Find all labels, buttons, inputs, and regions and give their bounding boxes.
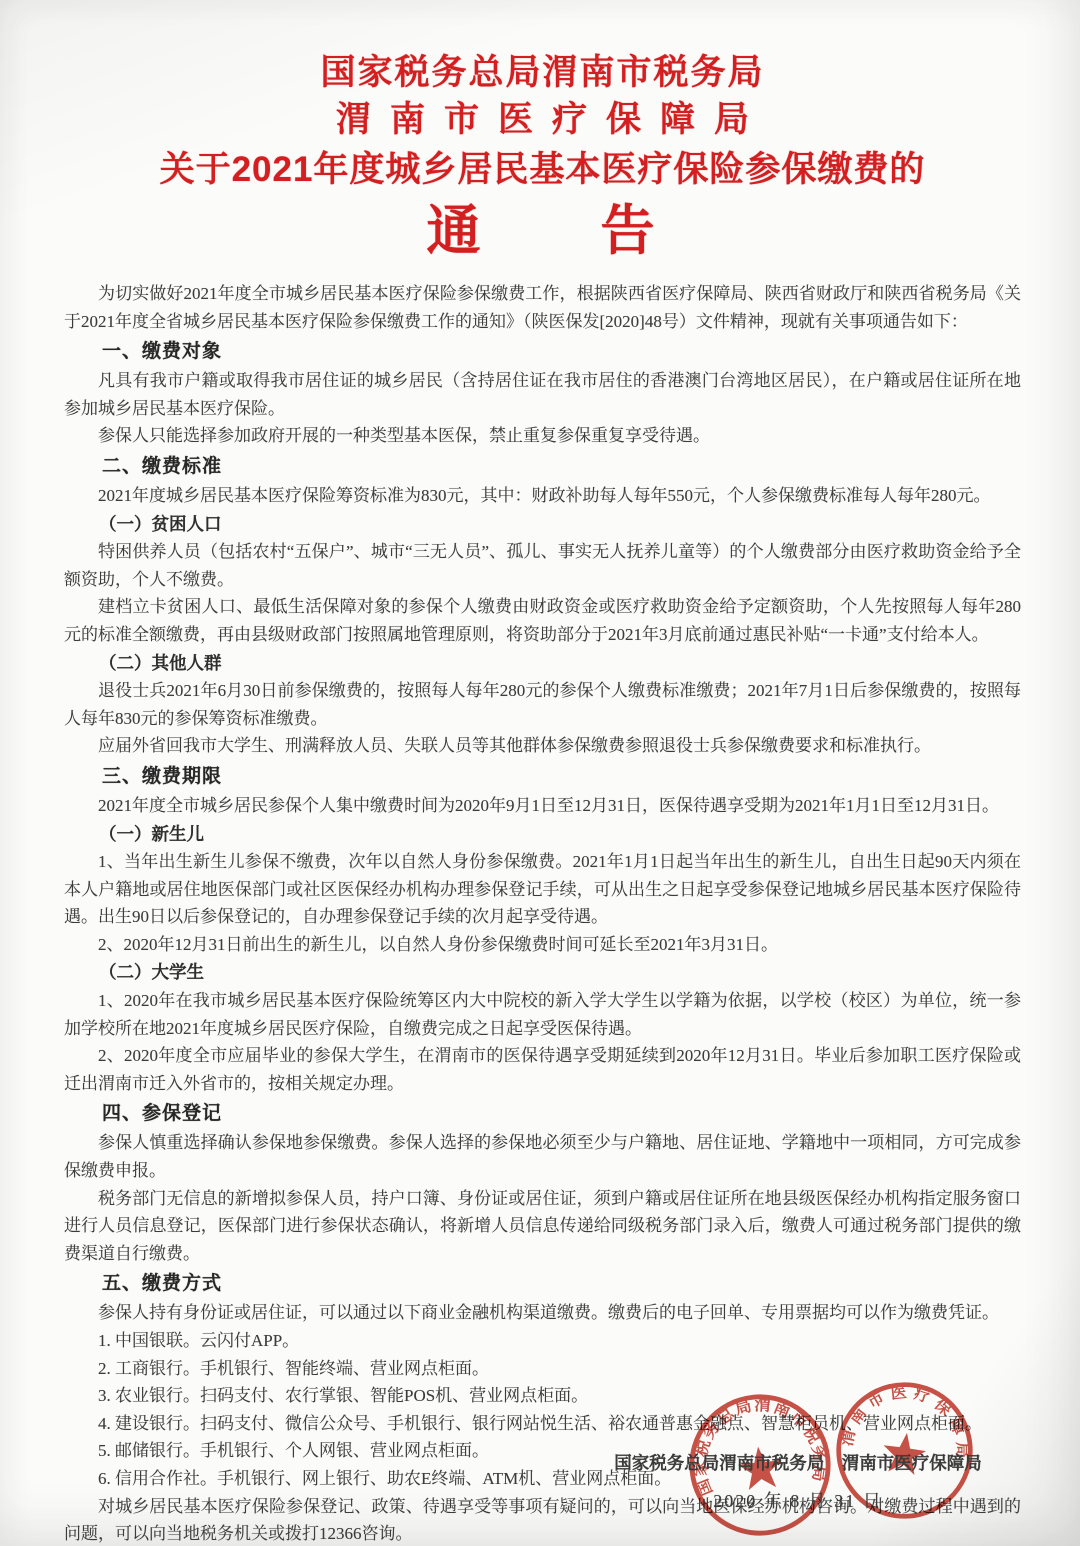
sub-heading-poverty-group: （一）贫困人口	[64, 511, 1021, 539]
section-payment-deadline: 三、缴费期限 2021年度全市城乡居民参保个人集中缴费时间为2020年9月1日至…	[64, 762, 1021, 1098]
section-heading: 四、参保登记	[64, 1099, 1021, 1128]
notice-subject-line: 关于2021年度城乡居民基本医疗保险参保缴费的	[64, 144, 1021, 196]
paragraph: 退役士兵2021年6月30日前参保缴费的，按照每人每年280元的参保个人缴费标准…	[64, 677, 1021, 732]
notice-content: 国家税务总局渭南市税务局 渭南市医疗保障局 关于2021年度城乡居民基本医疗保险…	[0, 0, 1080, 1546]
issuer-line-medical-bureau: 渭南市医疗保障局	[64, 96, 1021, 144]
section-heading: 三、缴费期限	[64, 762, 1021, 791]
notice-type-heading: 通 告	[64, 198, 1021, 264]
section-payment-standard: 二、缴费标准 2021年度城乡居民基本医疗保险筹资标准为830元，其中：财政补助…	[64, 452, 1021, 760]
signer-names: 国家税务总局渭南市税务局 渭南市医疗保障局	[612, 1450, 984, 1475]
notice-document-page: 国家税务总局渭南市税务局 渭南市医疗保障局 关于2021年度城乡居民基本医疗保险…	[0, 0, 1080, 1546]
signature-date: 2020 年 8 月 31 日	[612, 1487, 984, 1513]
paragraph: 凡具有我市户籍或取得我市居住证的城乡居民（含持居住证在我市居住的香港澳门台湾地区…	[64, 367, 1021, 422]
signature-block: 国家税务总局渭南市税务局 渭南市医疗保障局 2020 年 8 月 31 日	[612, 1450, 984, 1513]
paragraph: 2、2020年度全市应届毕业的参保大学生，在渭南市的医保待遇享受期延续到2020…	[64, 1042, 1021, 1097]
intro-paragraph: 为切实做好2021年度全市城乡居民基本医疗保险参保缴费工作，根据陕西省医疗保障局…	[64, 280, 1021, 335]
section-enrollment-registration: 四、参保登记 参保人慎重选择确认参保地参保缴费。参保人选择的参保地必须至少与户籍…	[64, 1099, 1021, 1267]
paragraph: 2、2020年12月31日前出生的新生儿，以自然人身份参保缴费时间可延长至202…	[64, 931, 1021, 959]
paragraph: 参保人只能选择参加政府开展的一种类型基本医保，禁止重复参保重复享受待遇。	[64, 422, 1021, 450]
section-heading: 一、缴费对象	[64, 337, 1021, 366]
section-payment-targets: 一、缴费对象 凡具有我市户籍或取得我市居住证的城乡居民（含持居住证在我市居住的香…	[64, 337, 1021, 450]
issuer-line-tax-bureau: 国家税务总局渭南市税务局	[64, 50, 1021, 96]
sub-heading-college-students: （二）大学生	[64, 959, 1021, 987]
paragraph: 应届外省回我市大学生、刑满释放人员、失联人员等其他群体参保缴费参照退役士兵参保缴…	[64, 732, 1021, 760]
paragraph: 参保人持有身份证或居住证，可以通过以下商业金融机构渠道缴费。缴费后的电子回单、专…	[64, 1299, 1021, 1327]
paragraph: 参保人慎重选择确认参保地参保缴费。参保人选择的参保地必须至少与户籍地、居住证地、…	[64, 1129, 1021, 1184]
sub-heading-other-groups: （二）其他人群	[64, 650, 1021, 678]
paragraph: 税务部门无信息的新增拟参保人员，持户口簿、身份证或居住证，须到户籍或居住证所在地…	[64, 1185, 1021, 1268]
paragraph: 特困供养人员（包括农村“五保户”、城市“三无人员”、孤儿、事实无人抚养儿童等）的…	[64, 538, 1021, 593]
sub-heading-newborns: （一）新生儿	[64, 821, 1021, 849]
section-heading: 二、缴费标准	[64, 452, 1021, 481]
paragraph: 1、2020年在我市城乡居民基本医疗保险统筹区内大中院校的新入学大学生以学籍为依…	[64, 987, 1021, 1042]
section-heading: 五、缴费方式	[64, 1269, 1021, 1298]
paragraph: 2021年度城乡居民基本医疗保险筹资标准为830元，其中：财政补助每人每年550…	[64, 482, 1021, 510]
paragraph: 2021年度全市城乡居民参保个人集中缴费时间为2020年9月1日至12月31日，…	[64, 792, 1021, 820]
paragraph: 建档立卡贫困人口、最低生活保障对象的参保个人缴费由财政资金或医疗救助资金给予定额…	[64, 593, 1021, 648]
paragraph: 1、当年出生新生儿参保不缴费，次年以自然人身份参保缴费。2021年1月1日起当年…	[64, 848, 1021, 931]
payment-channel-unionpay: 1. 中国银联。云闪付APP。	[64, 1327, 1021, 1355]
notice-title-block: 国家税务总局渭南市税务局 渭南市医疗保障局 关于2021年度城乡居民基本医疗保险…	[64, 50, 1021, 264]
notice-body: 为切实做好2021年度全市城乡居民基本医疗保险参保缴费工作，根据陕西省医疗保障局…	[64, 280, 1021, 1546]
